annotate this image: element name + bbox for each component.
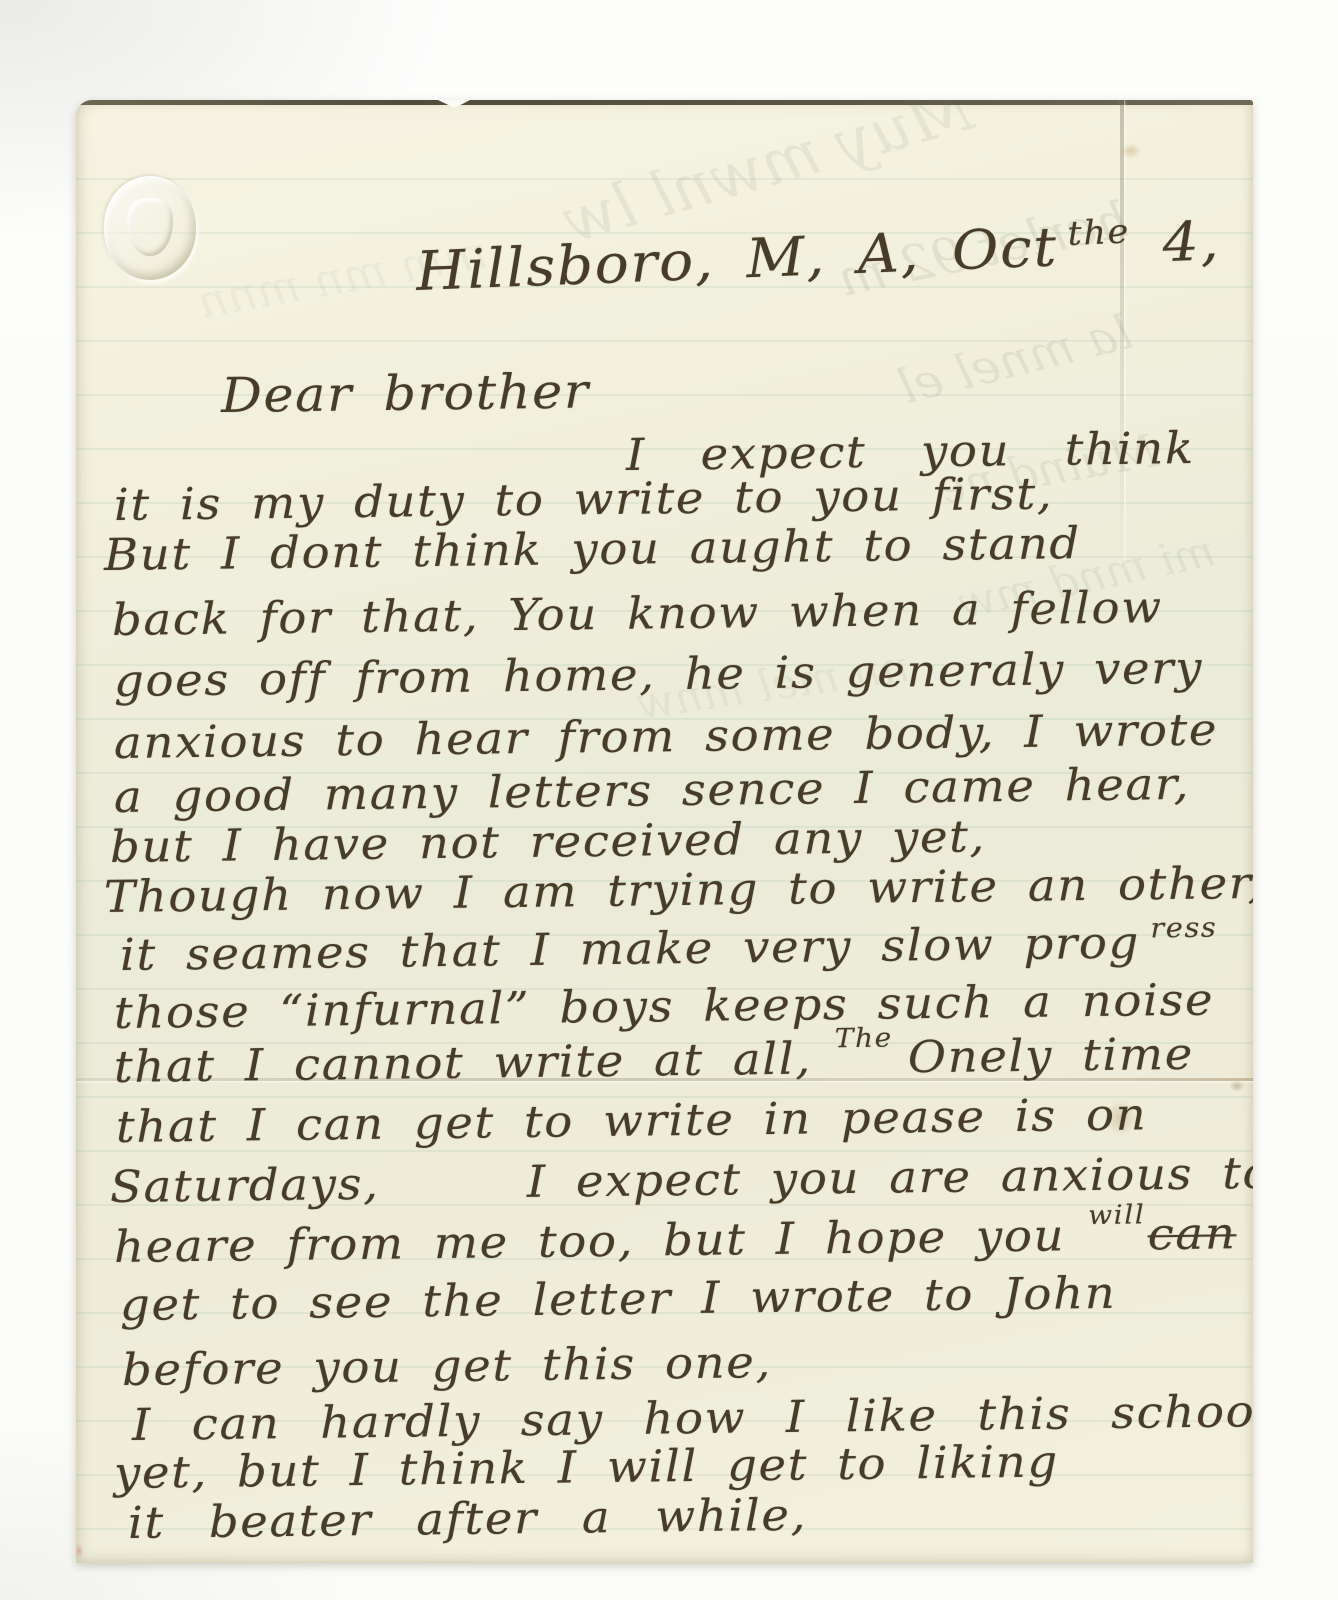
line-struck-word: can — [1147, 1208, 1236, 1260]
line-struck-word — [1106, 518, 1107, 569]
line-struck-word — [895, 1032, 896, 1083]
line-struck-word — [1220, 423, 1221, 474]
paper-top-edge — [76, 100, 1253, 105]
line-text: that I cannot write at all, — [114, 1033, 812, 1093]
line-superscript: ress — [1150, 913, 1217, 945]
paper-stain — [1116, 140, 1146, 162]
line-struck-word — [1228, 642, 1229, 693]
paper-stain — [1226, 1078, 1248, 1094]
line-struck-word — [1232, 916, 1233, 967]
line-struck-word — [1141, 1268, 1142, 1319]
line-struck-word — [1243, 704, 1244, 755]
line-struck-word — [405, 1158, 406, 1209]
embossed-seal-shield-icon — [127, 198, 173, 256]
line-text: before you get this one, — [122, 1337, 772, 1396]
letter-line: before you get this one, — [122, 1337, 811, 1396]
line-struck-word — [797, 1337, 798, 1388]
line-inserted-word: The — [835, 1022, 893, 1054]
salutation: Dear brother — [221, 363, 590, 424]
line-inserted-word: will — [1088, 1199, 1146, 1231]
dateline-superscript: the — [1067, 212, 1131, 253]
dateline-date: 4, '68 — [1161, 204, 1253, 274]
line-struck-word — [1239, 974, 1240, 1025]
line-struck-word — [832, 1489, 833, 1540]
line-struck-word — [1172, 1089, 1173, 1140]
letter-line: it beater after a while, — [128, 1489, 846, 1549]
line-struck-word — [1215, 759, 1216, 810]
embossed-seal-icon — [104, 176, 196, 280]
letter-page: Muy mwnl lw herlet 92 m la mnel el Muind… — [76, 100, 1253, 1563]
scanned-letter-photo: Muy mwnl lw herlet 92 m la mnel el Muind… — [0, 0, 1338, 1600]
line-text: Saturdays, — [110, 1159, 380, 1213]
line-struck-word — [1078, 468, 1079, 519]
line-struck-word — [1011, 811, 1012, 862]
line-struck-word — [1188, 582, 1189, 633]
line-text-after: Onely time — [908, 1029, 1195, 1083]
line-struck-word — [1084, 1436, 1085, 1487]
line-text: it beater after a while, — [128, 1490, 808, 1549]
